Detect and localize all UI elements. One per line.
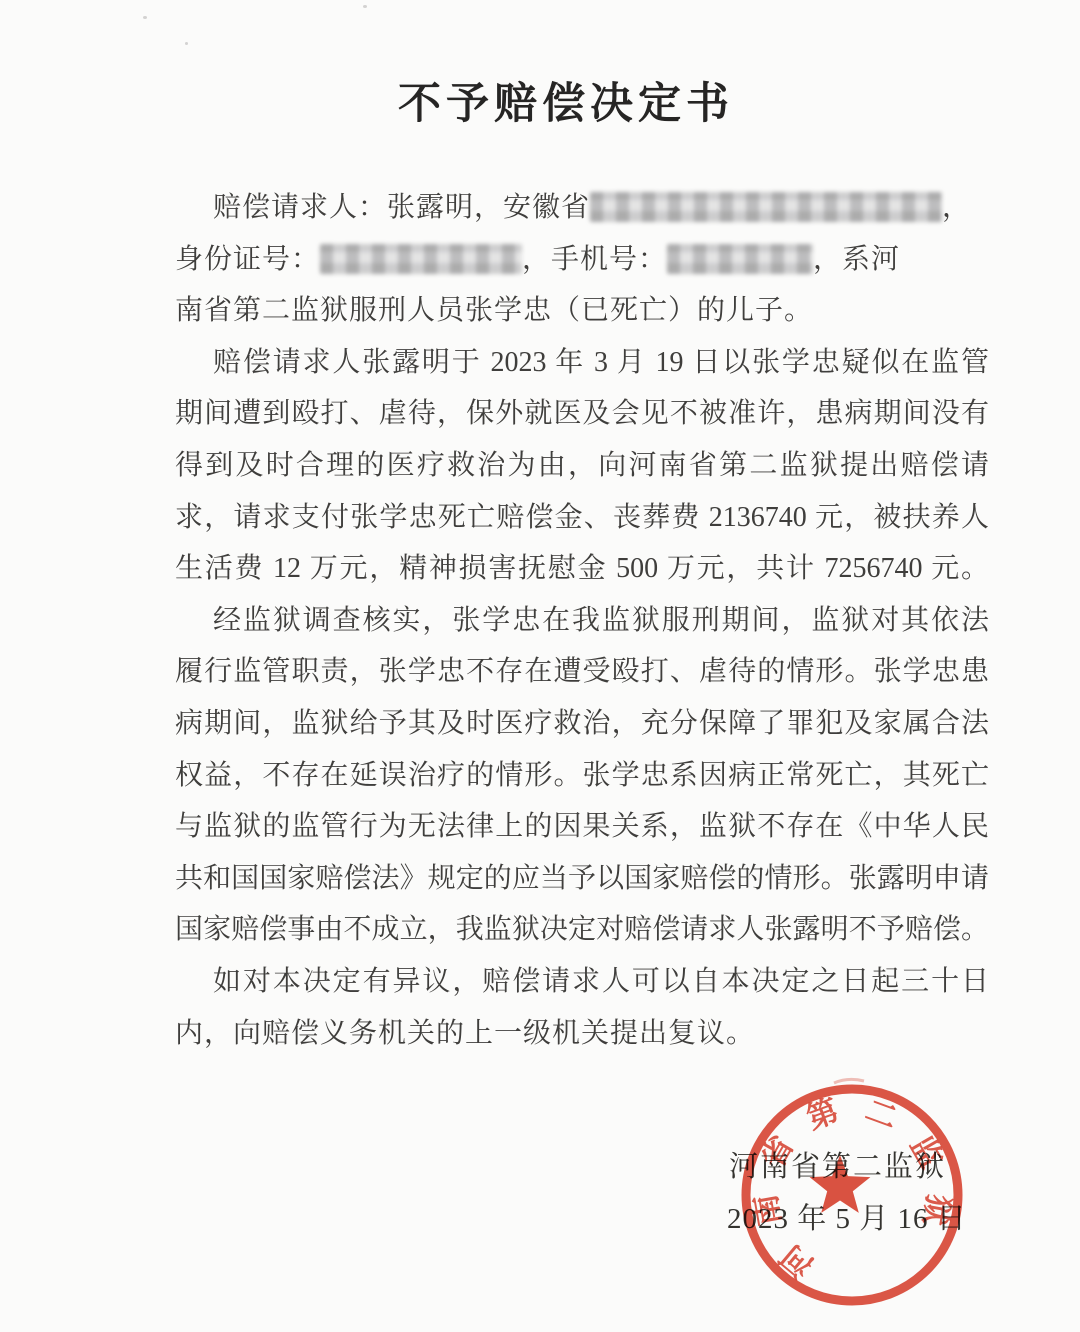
line-end-comma: ， <box>942 192 971 223</box>
seal-char-2: 南 <box>747 1192 787 1229</box>
document-title: 不予赔偿决定书 <box>26 70 1080 131</box>
document-body: 赔偿请求人：张露明，安徽省， 身份证号：，手机号：，系河 南省第二监狱服刑人员张… <box>175 182 989 1059</box>
paragraph-3-line-7: 国家赔偿事由不成立，我监狱决定对赔偿请求人张露明不予赔偿。 <box>175 904 989 956</box>
scanned-document-page: 不予赔偿决定书 赔偿请求人：张露明，安徽省， 身份证号：，手机号：，系河 南省第… <box>0 0 1080 1332</box>
scan-speck <box>185 42 188 45</box>
phone-number-label: ，手机号： <box>522 244 667 275</box>
paragraph-3-line-4: 权益，不存在延误治疗的情形。张学忠系因病正常死亡，其死亡 <box>175 750 989 802</box>
paragraph-3-line-5: 与监狱的监管行为无法律上的因果关系，监狱不存在《中华人民 <box>175 801 989 853</box>
paragraph-2-line-5: 生活费 12 万元，精神损害抚慰金 500 万元，共计 7256740 元。 <box>175 543 989 595</box>
paragraph-1-line-1: 赔偿请求人：张露明，安徽省， <box>175 182 989 234</box>
paragraph-4-line-2: 内，向赔偿义务机关的上一级机关提出复议。 <box>175 1008 989 1060</box>
seal-star-icon <box>810 1155 871 1213</box>
paragraph-2-line-3: 得到及时合理的医疗救治为由，向河南省第二监狱提出赔偿请 <box>175 440 989 492</box>
paragraph-4-line-1: 如对本决定有异议，赔偿请求人可以自本决定之日起三十日 <box>175 956 989 1008</box>
id-number-label: 身份证号： <box>175 244 320 275</box>
redacted-phone-number-block <box>667 244 813 274</box>
relation-text: ，系河 <box>813 244 900 275</box>
paragraph-2-line-1: 赔偿请求人张露明于 2023 年 3 月 19 日以张学忠疑似在监管 <box>175 337 989 389</box>
seal-char-7: 狱 <box>917 1192 957 1229</box>
official-seal: 河 南 省 第 二 监 狱 <box>731 1074 973 1316</box>
claimant-intro-text: 赔偿请求人：张露明，安徽省 <box>213 192 590 223</box>
paragraph-3-line-6: 共和国国家赔偿法》规定的应当予以国家赔偿的情形。张露明申请 <box>175 853 989 905</box>
paragraph-2-line-4: 求，请求支付张学忠死亡赔偿金、丧葬费 2136740 元，被扶养人 <box>175 492 989 544</box>
paragraph-3-line-1: 经监狱调查核实，张学忠在我监狱服刑期间，监狱对其依法 <box>175 595 989 647</box>
paragraph-1-line-2: 身份证号：，手机号：，系河 <box>175 234 989 286</box>
redacted-id-number-block <box>320 244 522 274</box>
paragraph-2-line-2: 期间遭到殴打、虐待，保外就医及会见不被准许，患病期间没有 <box>175 388 989 440</box>
paragraph-1-line-3: 南省第二监狱服刑人员张学忠（已死亡）的儿子。 <box>175 285 989 337</box>
paragraph-3-line-3: 病期间，监狱给予其及时医疗救治，充分保障了罪犯及家属合法 <box>175 698 989 750</box>
scan-speck <box>143 16 147 19</box>
seal-smudge <box>834 1079 864 1083</box>
seal-graphic: 河 南 省 第 二 监 狱 <box>731 1074 973 1316</box>
redacted-address-block <box>590 192 942 222</box>
paragraph-3-line-2: 履行监管职责，张学忠不存在遭受殴打、虐待的情形。张学忠患 <box>175 646 989 698</box>
scan-speck <box>363 5 367 8</box>
